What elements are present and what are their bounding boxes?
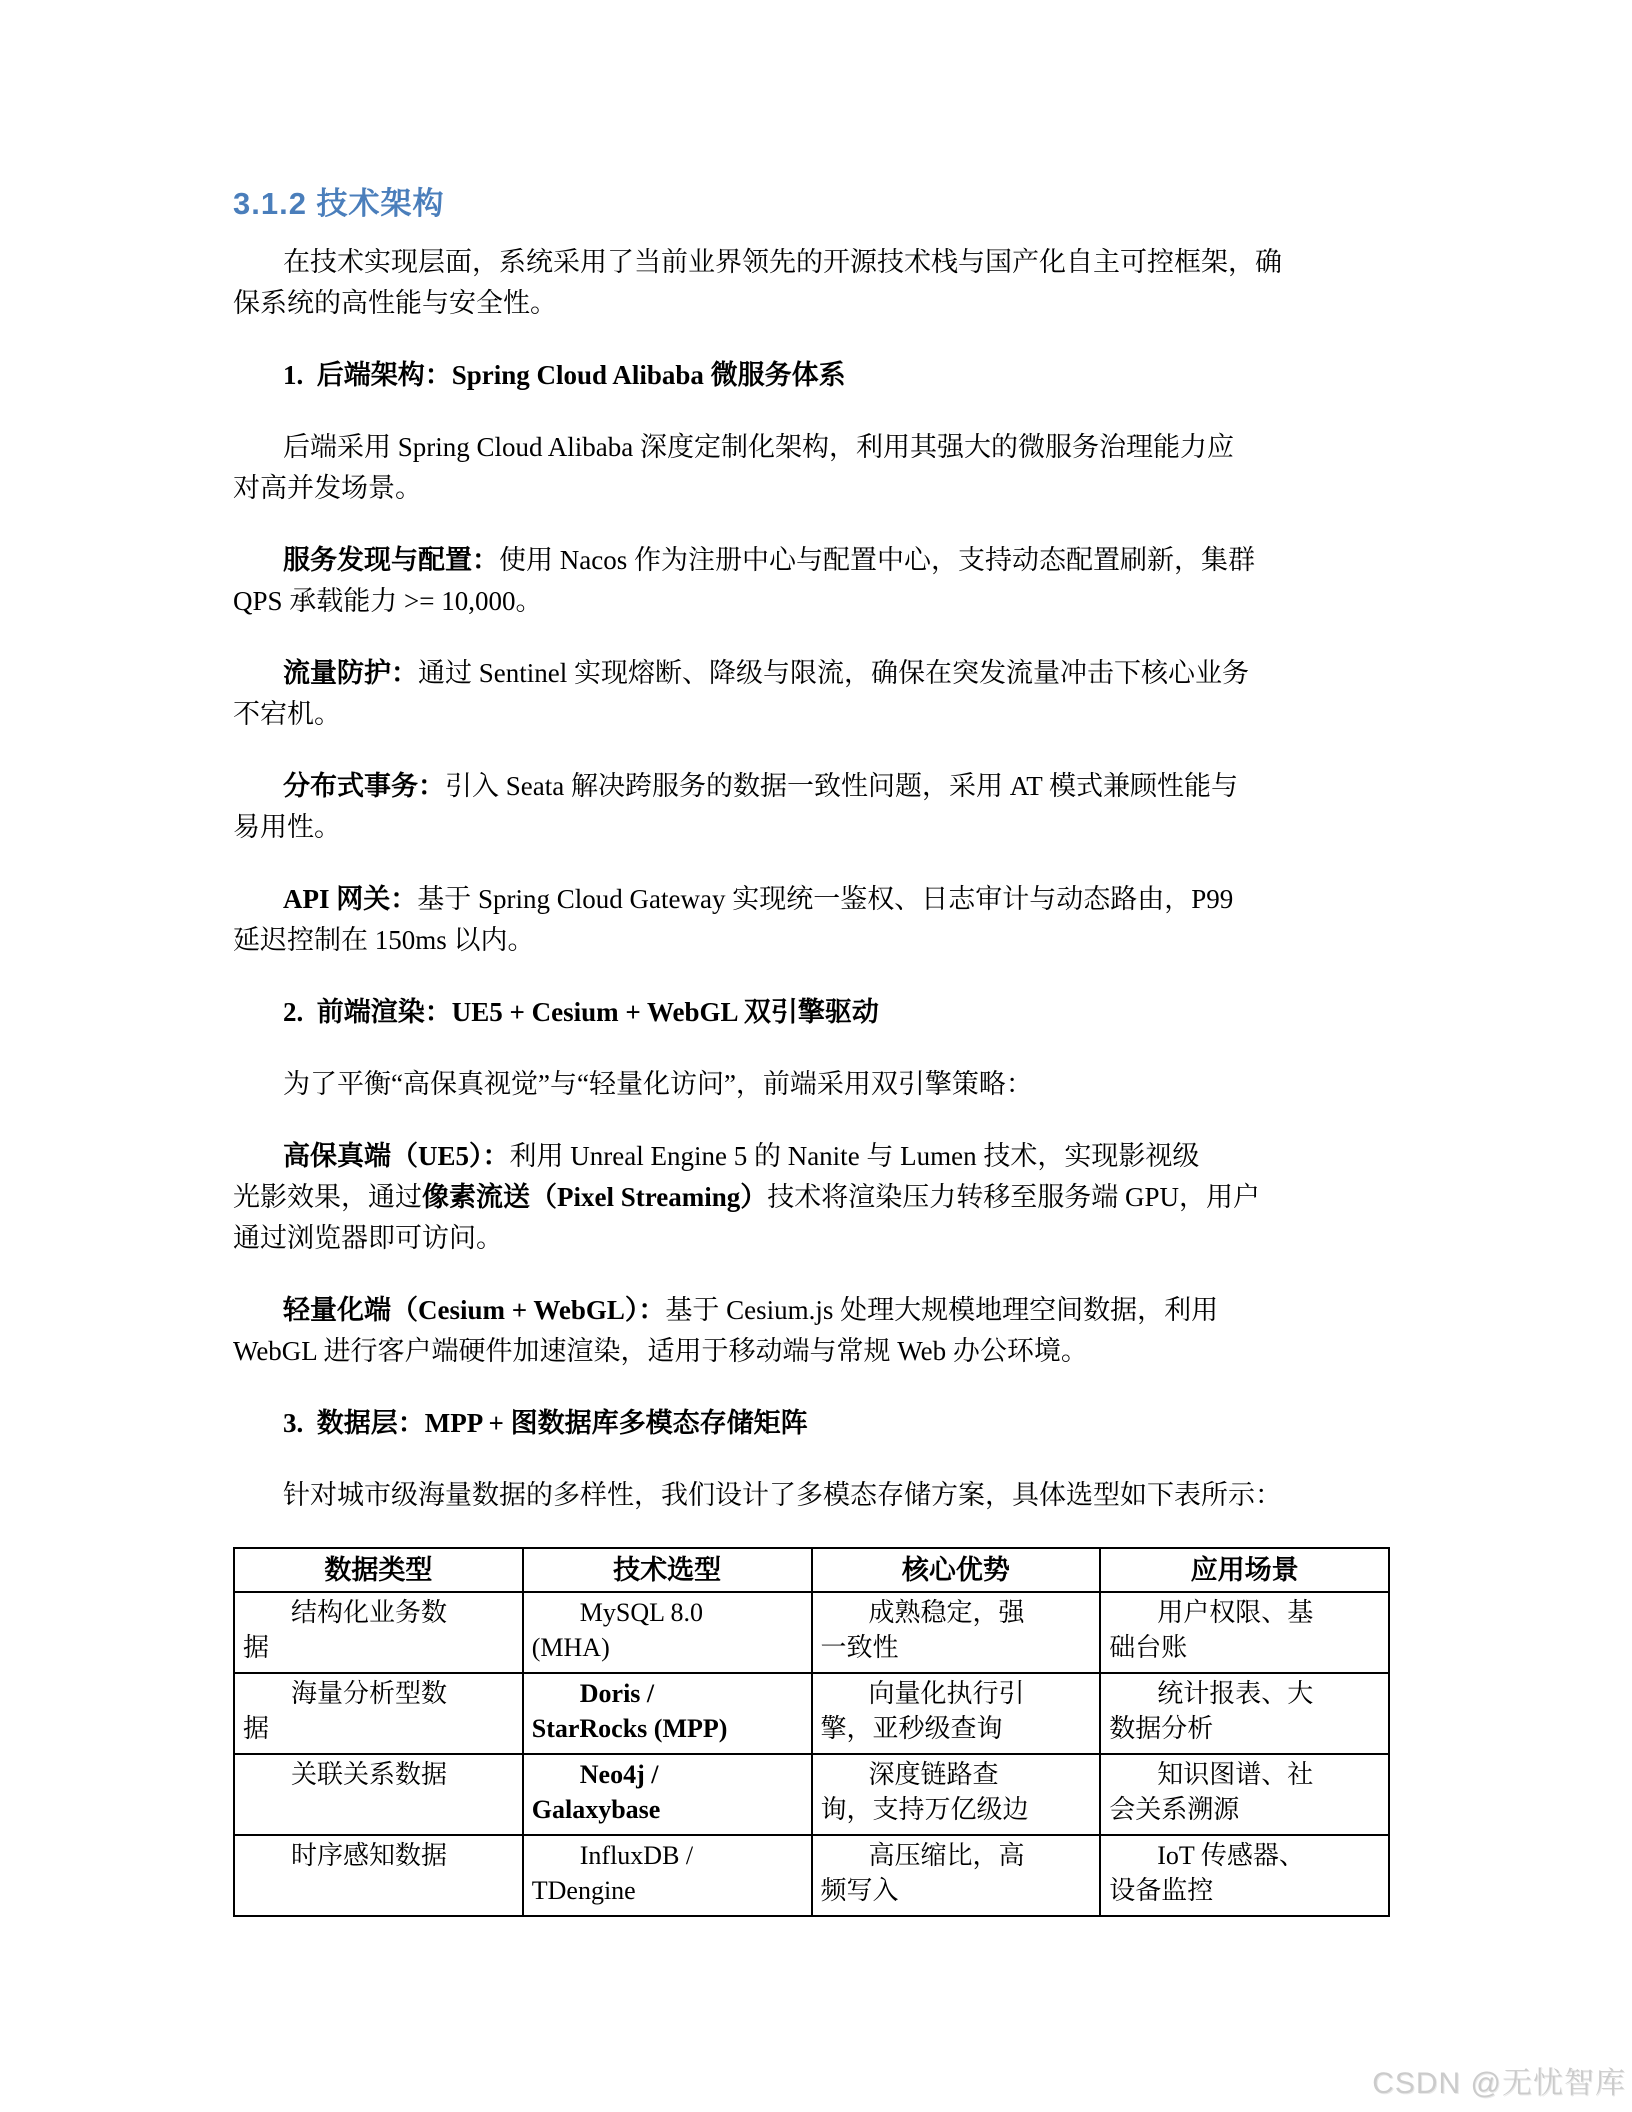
table-cell: 深度链路查 询，支持万亿级边 [812, 1754, 1101, 1835]
table-cell: 成熟稳定，强 一致性 [812, 1592, 1101, 1673]
section-heading: 3.1.2 技术架构 [233, 186, 1390, 222]
bold-text: 轻量化端（Cesium + WebGL）： [283, 1295, 665, 1325]
table-header-cell: 数据类型 [234, 1548, 523, 1592]
table-header-cell: 技术选型 [523, 1548, 812, 1592]
table-cell: 时序感知数据 [234, 1835, 523, 1916]
bold-text: 2. 前端渲染：UE5 + Cesium + WebGL 双引擎驱动 [283, 997, 879, 1027]
bold-text: 1. 后端架构：Spring Cloud Alibaba 微服务体系 [283, 360, 846, 390]
bold-text: 分布式事务： [283, 771, 445, 801]
csdn-watermark: CSDN @无忧智库 [1372, 2058, 1626, 2102]
numbered-heading: 1. 后端架构：Spring Cloud Alibaba 微服务体系 [233, 355, 1390, 396]
paragraph: 在技术实现层面，系统采用了当前业界领先的开源技术栈与国产化自主可控框架，确 保系… [233, 242, 1390, 324]
bold-text: 高保真端（UE5）： [283, 1141, 510, 1171]
table-cell: IoT 传感器、 设备监控 [1100, 1835, 1389, 1916]
numbered-heading: 3. 数据层：MPP + 图数据库多模态存储矩阵 [233, 1403, 1390, 1444]
table-row: 时序感知数据InfluxDB / TDengine高压缩比，高 频写入IoT 传… [234, 1835, 1389, 1916]
bold-text: API 网关： [283, 884, 417, 914]
storage-matrix-table: 数据类型技术选型核心优势应用场景 结构化业务数 据MySQL 8.0 (MHA)… [233, 1547, 1390, 1917]
table-cell: 结构化业务数 据 [234, 1592, 523, 1673]
paragraph: 流量防护：通过 Sentinel 实现熔断、降级与限流，确保在突发流量冲击下核心… [233, 653, 1390, 735]
table-cell: Doris / StarRocks (MPP) [523, 1673, 812, 1754]
table-cell: 知识图谱、社 会关系溯源 [1100, 1754, 1389, 1835]
paragraph: 高保真端（UE5）：利用 Unreal Engine 5 的 Nanite 与 … [233, 1136, 1390, 1259]
document-body: 在技术实现层面，系统采用了当前业界领先的开源技术栈与国产化自主可控框架，确 保系… [233, 242, 1390, 1516]
table-row: 海量分析型数 据Doris / StarRocks (MPP)向量化执行引 擎，… [234, 1673, 1389, 1754]
document-page: 3.1.2 技术架构 在技术实现层面，系统采用了当前业界领先的开源技术栈与国产化… [0, 0, 1632, 2112]
body-text: 针对城市级海量数据的多样性，我们设计了多模态存储方案，具体选型如下表所示： [283, 1480, 1282, 1510]
table-header-cell: 应用场景 [1100, 1548, 1389, 1592]
body-text: 在技术实现层面，系统采用了当前业界领先的开源技术栈与国产化自主可控框架，确 保系… [233, 247, 1282, 318]
table-cell: 向量化执行引 擎，亚秒级查询 [812, 1673, 1101, 1754]
table-cell: 用户权限、基 础台账 [1100, 1592, 1389, 1673]
numbered-heading: 2. 前端渲染：UE5 + Cesium + WebGL 双引擎驱动 [233, 992, 1390, 1033]
bold-text: 像素流送（Pixel Streaming） [422, 1182, 767, 1212]
table-row: 关联关系数据Neo4j / Galaxybase深度链路查 询，支持万亿级边知识… [234, 1754, 1389, 1835]
body-text: 后端采用 Spring Cloud Alibaba 深度定制化架构，利用其强大的… [233, 432, 1234, 503]
paragraph: 分布式事务：引入 Seata 解决跨服务的数据一致性问题，采用 AT 模式兼顾性… [233, 766, 1390, 848]
paragraph: 针对城市级海量数据的多样性，我们设计了多模态存储方案，具体选型如下表所示： [233, 1475, 1390, 1516]
table-row: 结构化业务数 据MySQL 8.0 (MHA)成熟稳定，强 一致性用户权限、基 … [234, 1592, 1389, 1673]
table-cell: 海量分析型数 据 [234, 1673, 523, 1754]
table-cell: 关联关系数据 [234, 1754, 523, 1835]
bold-text: 服务发现与配置： [283, 545, 499, 575]
table-head: 数据类型技术选型核心优势应用场景 [234, 1548, 1389, 1592]
body-text: 为了平衡“高保真视觉”与“轻量化访问”，前端采用双引擎策略： [283, 1069, 1033, 1099]
paragraph: 后端采用 Spring Cloud Alibaba 深度定制化架构，利用其强大的… [233, 427, 1390, 509]
paragraph: 轻量化端（Cesium + WebGL）：基于 Cesium.js 处理大规模地… [233, 1290, 1390, 1372]
paragraph: API 网关：基于 Spring Cloud Gateway 实现统一鉴权、日志… [233, 879, 1390, 961]
paragraph: 为了平衡“高保真视觉”与“轻量化访问”，前端采用双引擎策略： [233, 1064, 1390, 1105]
table-cell: MySQL 8.0 (MHA) [523, 1592, 812, 1673]
table-cell: 高压缩比，高 频写入 [812, 1835, 1101, 1916]
table-header-row: 数据类型技术选型核心优势应用场景 [234, 1548, 1389, 1592]
bold-text: 流量防护： [283, 658, 418, 688]
table-header-cell: 核心优势 [812, 1548, 1101, 1592]
table-cell: InfluxDB / TDengine [523, 1835, 812, 1916]
table-body: 结构化业务数 据MySQL 8.0 (MHA)成熟稳定，强 一致性用户权限、基 … [234, 1592, 1389, 1916]
document-content: 3.1.2 技术架构 在技术实现层面，系统采用了当前业界领先的开源技术栈与国产化… [233, 186, 1390, 1917]
bold-text: 3. 数据层：MPP + 图数据库多模态存储矩阵 [283, 1408, 808, 1438]
paragraph: 服务发现与配置：使用 Nacos 作为注册中心与配置中心，支持动态配置刷新，集群… [233, 540, 1390, 622]
table-cell: 统计报表、大 数据分析 [1100, 1673, 1389, 1754]
table-cell: Neo4j / Galaxybase [523, 1754, 812, 1835]
